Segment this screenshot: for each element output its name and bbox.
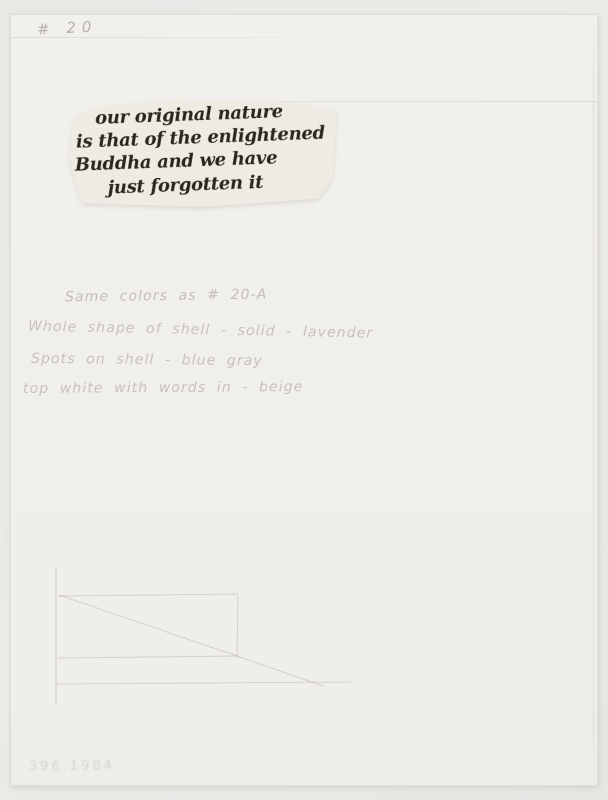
faint-inscription: 396.1984 bbox=[29, 759, 115, 775]
pencil-note-top-white: top white with words in - beige bbox=[23, 379, 304, 397]
page-number-annotation: # 20 bbox=[37, 17, 98, 38]
paper-edge-seam bbox=[593, 15, 594, 785]
paper-sheet: # 20 our original nature is that of the … bbox=[10, 14, 598, 786]
pencil-note-colors: Same colors as # 20-A bbox=[65, 287, 268, 306]
scan-background: # 20 our original nature is that of the … bbox=[0, 0, 608, 800]
collaged-note: our original nature is that of the enlig… bbox=[62, 96, 341, 211]
pencil-note-shell-shape: Whole shape of shell - solid - lavender bbox=[28, 318, 374, 341]
pencil-note-shell-spots: Spots on shell - blue gray bbox=[31, 351, 263, 369]
